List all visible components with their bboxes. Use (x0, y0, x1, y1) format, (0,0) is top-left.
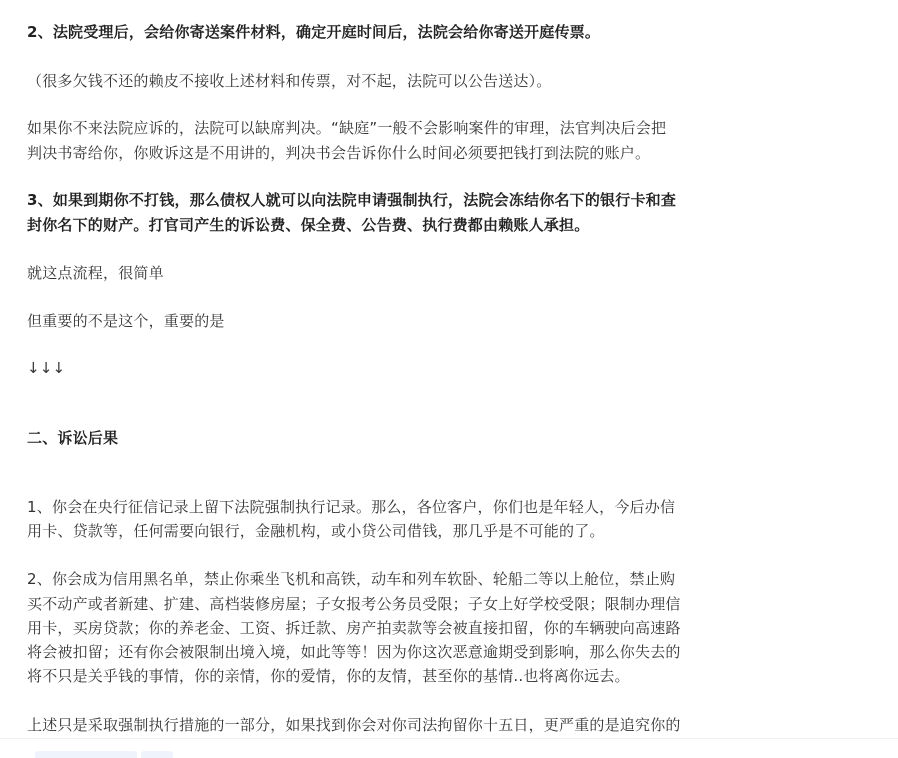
consequence-1-line-1: 1、你会在央行征信记录上留下法院强制执行记录。那么，各位客户，你们也是年轻人，今… (27, 495, 675, 519)
consequence-2-line-3: 用卡，买房贷款；你的养老金、工资、拆迁款、房产拍卖款等会被直接扣留，你的车辆驶向… (27, 616, 681, 640)
consequence-2-line-2: 买不动产或者新建、扩建、高档装修房屋；子女报考公务员受限；子女上好学校受限；限制… (27, 592, 681, 616)
bottom-toolbar (0, 738, 898, 758)
paragraph-step-3-line-1: 3、如果到期你不打钱，那么债权人就可以向法院申请强制执行，法院会冻结你名下的银行… (27, 188, 676, 212)
bottom-tab-primary[interactable] (35, 751, 137, 758)
paragraph-simple-process: 就这点流程，很简单 (27, 261, 164, 285)
paragraph-note-service: （很多欠钱不还的赖皮不接收上述材料和传票，对不起，法院可以公告送达）。 (27, 69, 552, 93)
paragraph-default-judgment-line-1: 如果你不来法院应诉的，法院可以缺席判决。“缺庭”一般不会影响案件的审理，法官判决… (27, 116, 666, 140)
down-arrows: ↓↓↓ (27, 356, 65, 380)
paragraph-important: 但重要的不是这个，重要的是 (27, 309, 225, 333)
bottom-tab-secondary[interactable] (141, 751, 173, 758)
paragraph-step-2: 2、法院受理后，会给你寄送案件材料，确定开庭时间后，法院会给你寄送开庭传票。 (27, 20, 600, 44)
paragraph-default-judgment-line-2: 判决书寄给你，你败诉这是不用讲的，判决书会告诉你什么时间必须要把钱打到法院的账户… (27, 141, 650, 165)
section-heading: 二、诉讼后果 (27, 426, 118, 450)
enforcement-note-line-1: 上述只是采取强制执行措施的一部分，如果找到你会对你司法拘留你十五日，更严重的是追… (27, 713, 681, 737)
consequence-2-line-4: 将会被扣留；还有你会被限制出境入境，如此等等！因为你这次恶意逾期受到影响，那么你… (27, 640, 681, 664)
consequence-1-line-2: 用卡、贷款等，任何需要向银行，金融机构，或小贷公司借钱，那几乎是不可能的了。 (27, 519, 605, 543)
consequence-2-line-1: 2、你会成为信用黑名单，禁止你乘坐飞机和高铁，动车和列车软卧、轮船二等以上舱位，… (27, 567, 675, 591)
paragraph-step-3-line-2: 封你名下的财产。打官司产生的诉讼费、保全费、公告费、执行费都由赖账人承担。 (27, 213, 589, 237)
consequence-2-line-5: 将不只是关乎钱的事情，你的亲情，你的爱情，你的友情，甚至你的基情..也将离你远去… (27, 664, 630, 688)
